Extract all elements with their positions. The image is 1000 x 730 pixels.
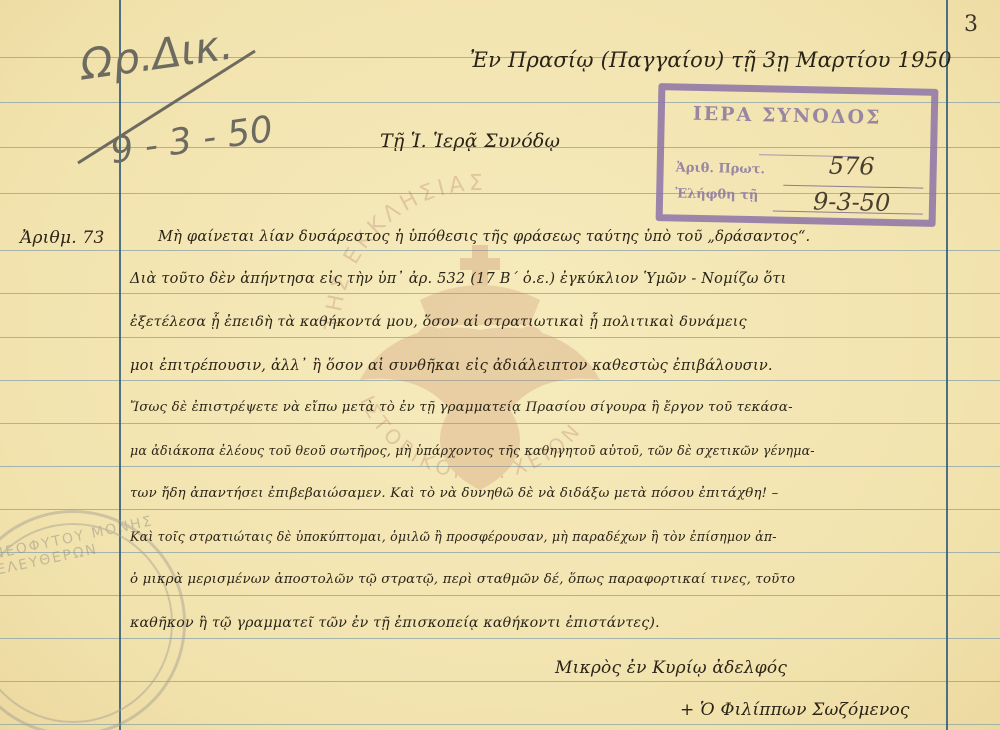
ruled-line — [0, 293, 1000, 294]
reference-number: Ἀριθμ. 73 — [20, 228, 104, 248]
stamp-title: ΙΕΡΑ ΣΥΝΟΔΟΣ — [693, 103, 882, 129]
body-line: μοι ἐπιτρέπουσιν, ἀλλ᾽ ἢ ὅσον αἱ συνθῆκα… — [130, 357, 773, 374]
body-line: ἐξετέλεσα ᾗ ἐπειδὴ τὰ καθήκοντά μου, ὅσο… — [130, 314, 747, 330]
addressee-line: Τῇ Ἱ. Ἱερᾷ Συνόδῳ — [380, 130, 560, 152]
stamp-protocol-value: 576 — [828, 152, 874, 181]
ruled-line — [0, 380, 1000, 381]
ruled-line — [0, 423, 1000, 424]
body-line: των ἤδη ἀπαντήσει ἐπιβεβαιώσαμεν. Καὶ τὸ… — [130, 486, 778, 501]
body-line: καθῆκον ἢ τῷ γραμματεῖ τῶν ἐν τῇ ἐπισκοπ… — [130, 615, 660, 631]
closing-line: Μικρὸς ἐν Κυρίῳ ἀδελφός — [555, 658, 787, 678]
ruled-line — [0, 250, 1000, 251]
place-date-line: Ἐν Πρασίῳ (Παγγαίου) τῇ 3ῃ Μαρτίου 1950 — [470, 48, 952, 72]
ruled-line — [0, 724, 1000, 725]
body-line: Καὶ τοῖς στρατιώταις δὲ ὑποκύπτομαι, ὁμι… — [130, 529, 777, 544]
svg-text:ΤΗΣ ΕΚΚΛΗΣΙΑΣ: ΤΗΣ ΕΚΚΛΗΣΙΑΣ — [321, 171, 487, 332]
ruled-line — [0, 337, 1000, 338]
eagle-watermark-icon: ΤΗΣ ΕΚΚΛΗΣΙΑΣ ΙΣΤΟΡΙΚΟΝ ΑΡΧΕΙΟΝ — [300, 150, 660, 520]
body-line: Ἴσως δὲ ἐπιστρέψετε νὰ εἴπω μετὰ τὸ ἐν τ… — [130, 400, 793, 415]
document-page: ΤΗΣ ΕΚΚΛΗΣΙΑΣ ΙΣΤΟΡΙΚΟΝ ΑΡΧΕΙΟΝ ΝΕΟΦΥΤΟΥ… — [0, 0, 1000, 730]
stamp-protocol-label: Ἀριθ. Πρωτ. — [676, 160, 766, 177]
synod-received-stamp: ΙΕΡΑ ΣΥΝΟΔΟΣ Ἀριθ. Πρωτ. 576 Ἐλήφθη τῇ 9… — [656, 83, 939, 227]
stamp-received-label: Ἐλήφθη τῇ — [675, 186, 758, 203]
page-number: 3 — [964, 12, 978, 37]
ruled-line — [0, 509, 1000, 510]
body-line: μα ἀδιάκοπα ἐλέους τοῦ θεοῦ σωτῆρος, μὴ … — [130, 443, 815, 458]
body-line: Διὰ τοῦτο δὲν ἀπήντησα εἰς τὴν ὑπ᾽ ἀρ. 5… — [130, 271, 787, 287]
signature: + Ὁ Φιλίππων Σωζόμενος — [680, 700, 910, 720]
ruled-line — [0, 466, 1000, 467]
body-line: Μὴ φαίνεται λίαν δυσάρεστος ἡ ὑπόθεσις τ… — [158, 228, 810, 245]
body-line: ὀ μικρὰ μερισμένων ἀποστολῶν τῷ στρατῷ, … — [130, 572, 795, 587]
right-margin-line — [946, 0, 948, 730]
